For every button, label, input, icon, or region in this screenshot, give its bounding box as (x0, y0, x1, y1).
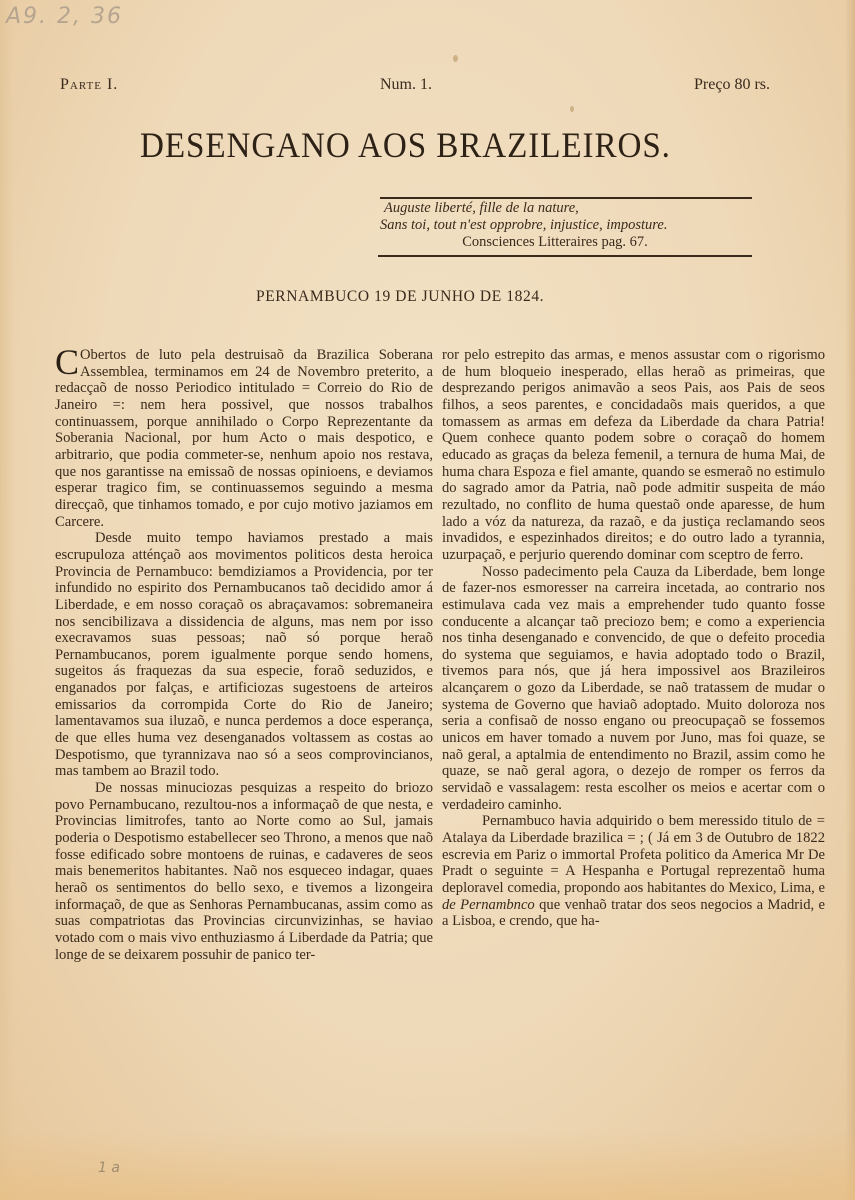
price-label: Preço 80 rs. (694, 76, 770, 94)
epigraph-line-2: Sans toi, tout n'est opprobre, injustice… (380, 217, 750, 234)
article-column-left: CObertos de luto pela destruisaõ da Braz… (55, 347, 433, 963)
epigraph: Auguste liberté, fille de la nature, San… (380, 196, 750, 251)
paper-stain-bottom (0, 1130, 855, 1200)
paragraph: Pernambuco havia adquirido o bem meressi… (442, 813, 825, 930)
paragraph: CObertos de luto pela destruisaõ da Braz… (55, 347, 433, 530)
issue-number: Num. 1. (380, 76, 432, 94)
italic-place-name: de Pernambnco (442, 897, 535, 913)
ink-spot (453, 55, 458, 62)
epigraph-rule-bottom (378, 255, 752, 257)
masthead-title: DESENGANO AOS BRAZILEIROS. (140, 124, 637, 166)
part-label: Parte I. (60, 76, 118, 94)
page-header: Parte I. Num. 1. Preço 80 rs. (60, 76, 770, 96)
dateline: PERNAMBUCO 19 DE JUNHO DE 1824. (256, 288, 544, 306)
paragraph-text: Obertos de luto pela destruisaõ da Brazi… (55, 347, 433, 530)
paper-edge-left (0, 0, 14, 1200)
archive-shelfmark-handwritten: A9. 2, 36 (6, 4, 123, 29)
paragraph: Desde muito tempo haviamos prestado a ma… (55, 530, 433, 780)
paragraph: De nossas minuciozas pesquizas a respeit… (55, 780, 433, 963)
epigraph-source: Consciences Litteraires pag. 67. (380, 234, 750, 251)
paragraph-text: Pernambuco havia adquirido o bem meressi… (442, 813, 825, 896)
paragraph: ror pelo estrepito das armas, e menos as… (442, 347, 825, 564)
article-column-right: ror pelo estrepito das armas, e menos as… (442, 347, 825, 930)
page-mark-handwritten: 1 a (98, 1160, 120, 1176)
paragraph: Nosso padecimento pela Cauza da Liberdad… (442, 564, 825, 814)
ink-spot (570, 106, 574, 112)
epigraph-line-1: Auguste liberté, fille de la nature, (380, 200, 750, 217)
paper-edge-right (845, 0, 855, 1200)
drop-cap: C (55, 347, 79, 377)
